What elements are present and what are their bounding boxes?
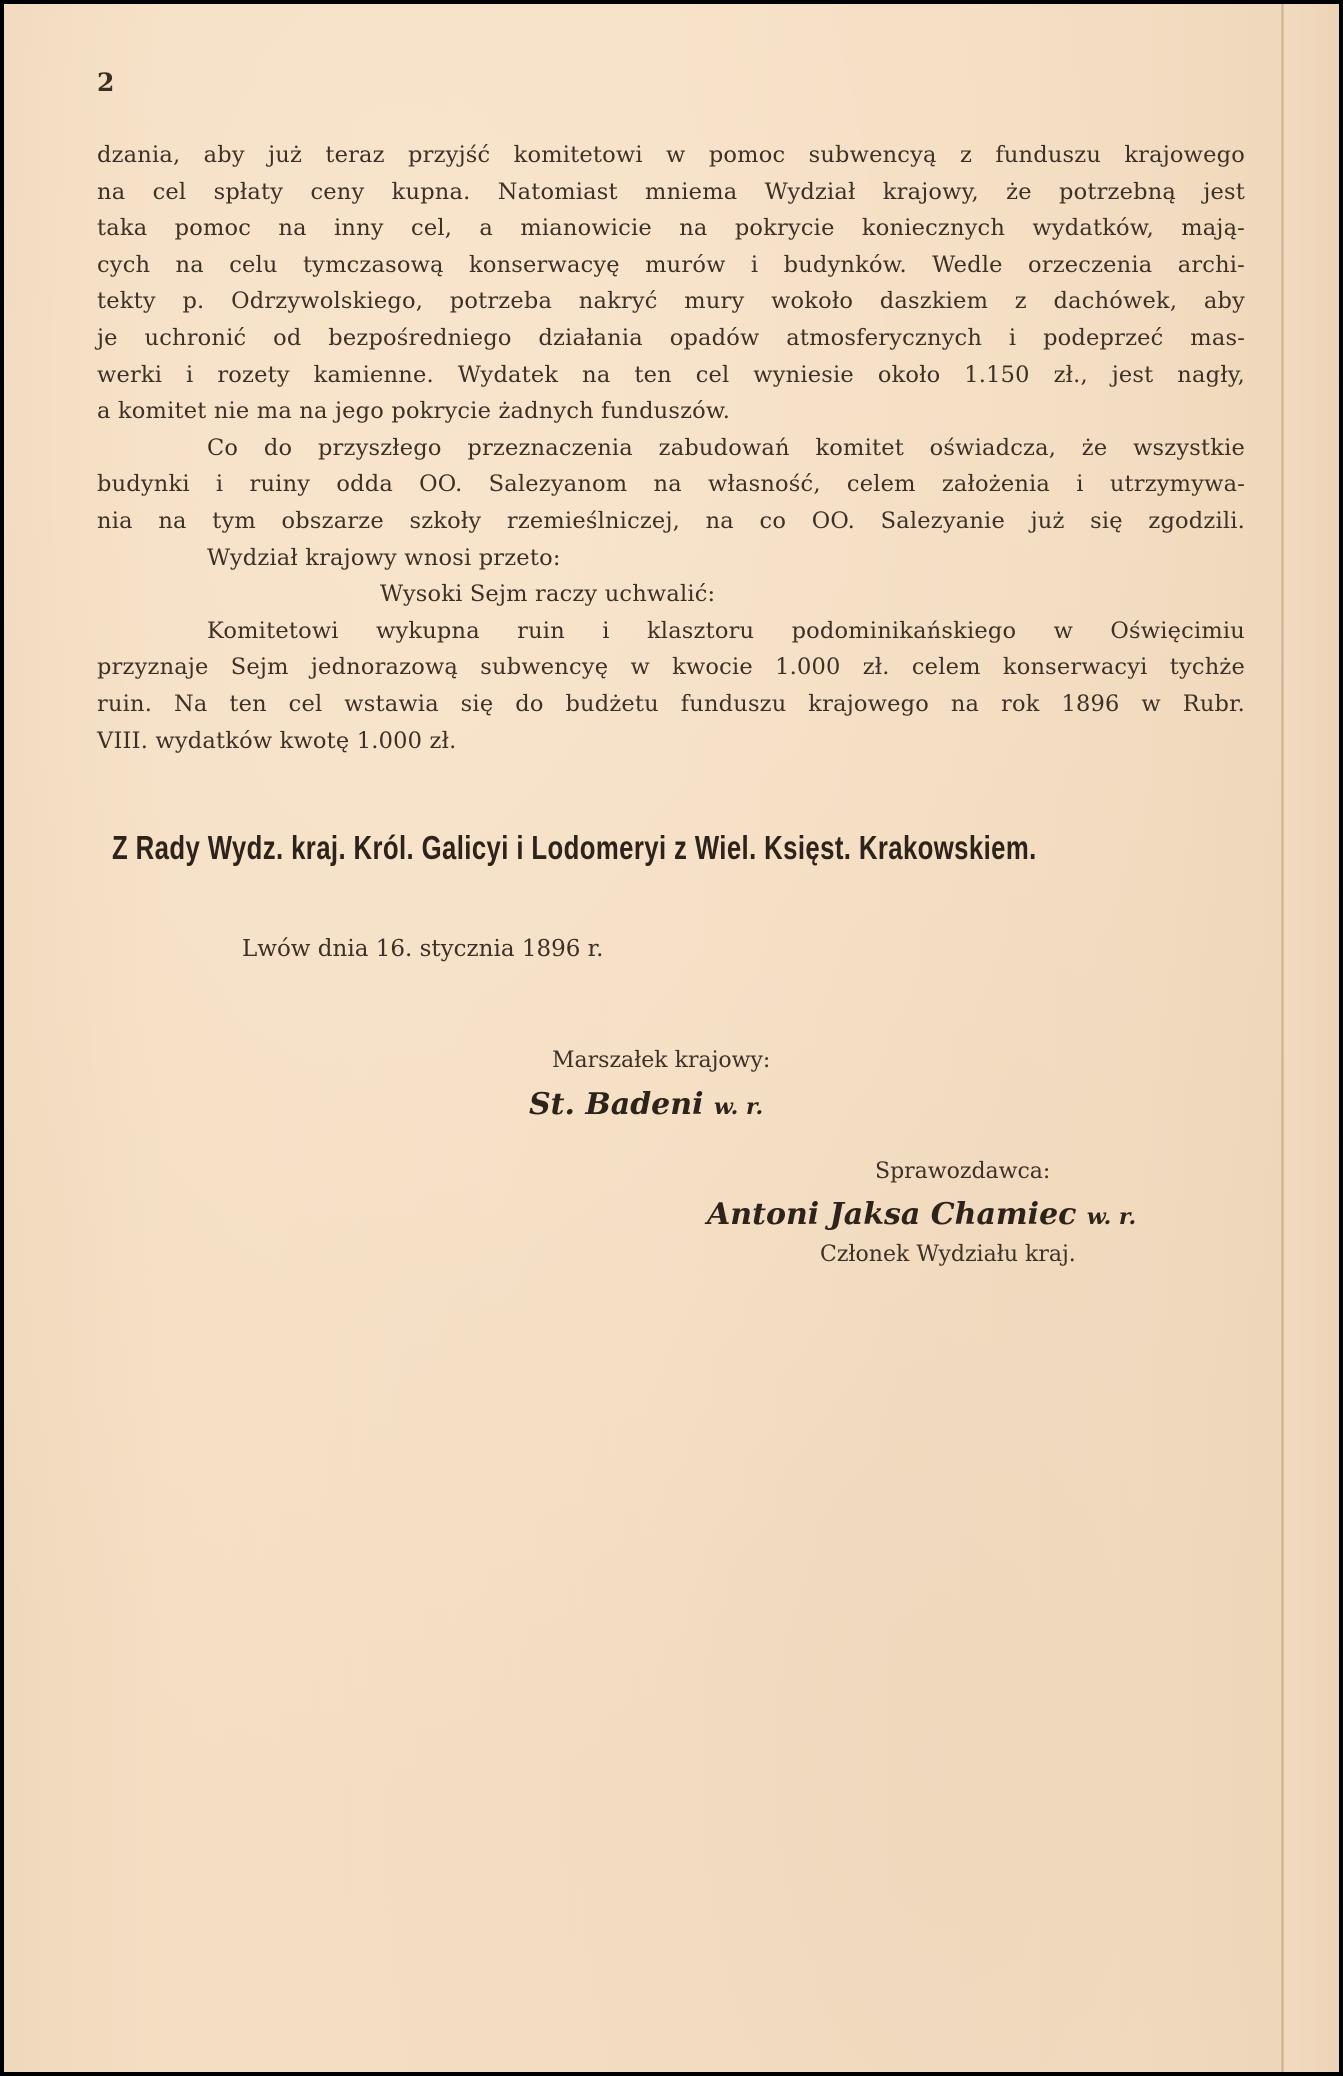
rapporteur-suffix: w. r.: [1087, 1204, 1136, 1230]
body-line: a komitet nie ma na jego pokrycie żadnyc…: [97, 396, 1245, 426]
body-line: budynki i ruiny odda OO. Salezyanom na w…: [97, 469, 1245, 499]
body-line: ruin. Na ten cel wstawia się do budżetu …: [97, 689, 1245, 719]
date-line: Lwów dnia 16. stycznia 1896 r.: [242, 936, 603, 962]
council-heading: Z Rady Wydz. kraj. Król. Galicyi i Lodom…: [112, 828, 990, 868]
body-line: VIII. wydatków kwotę 1.000 zł.: [97, 726, 1245, 756]
body-line: Komitetowi wykupna ruin i klasztoru podo…: [97, 616, 1245, 646]
body-line: taka pomoc na inny cel, a mianowicie na …: [97, 213, 1245, 243]
rapporteur-signature: Antoni Jaksa Chamiec w. r.: [707, 1197, 1136, 1232]
body-line: przyznaje Sejm jednorazową subwencyę w k…: [97, 652, 1245, 682]
rapporteur-role: Członek Wydziału kraj.: [820, 1242, 1076, 1267]
scanned-page: 2 dzania, aby już teraz przyjść komiteto…: [4, 4, 1339, 2072]
rapporteur-name: Antoni Jaksa Chamiec: [707, 1197, 1076, 1232]
body-line: na cel spłaty ceny kupna. Natomiast mnie…: [97, 177, 1245, 207]
page-number: 2: [97, 68, 114, 97]
body-line: Co do przyszłego przeznaczenia zabudowań…: [97, 433, 1245, 463]
body-line: nia na tym obszarze szkoły rzemieślnicze…: [97, 506, 1245, 536]
body-line: tekty p. Odrzywolskiego, potrzeba nakryć…: [97, 286, 1245, 316]
marshal-name: St. Badeni: [529, 1087, 703, 1122]
body-line: dzania, aby już teraz przyjść komitetowi…: [97, 140, 1245, 170]
marshal-suffix: w. r.: [714, 1094, 763, 1120]
body-line: werki i rozety kamienne. Wydatek na ten …: [97, 360, 1245, 390]
marshal-label: Marszałek krajowy:: [552, 1048, 770, 1073]
page-fold-line: [1281, 4, 1284, 2072]
marshal-signature: St. Badeni w. r.: [529, 1087, 763, 1122]
rapporteur-label: Sprawozdawca:: [875, 1159, 1050, 1184]
body-line: je uchronić od bezpośredniego działania …: [97, 323, 1245, 353]
page-edge-strip: [1284, 4, 1339, 2072]
body-line: Wydział krajowy wnosi przeto:: [97, 543, 1245, 573]
motion-heading: Wysoki Sejm raczy uchwalić:: [97, 579, 1245, 609]
body-line: cych na celu tymczasową konserwacyę muró…: [97, 250, 1245, 280]
